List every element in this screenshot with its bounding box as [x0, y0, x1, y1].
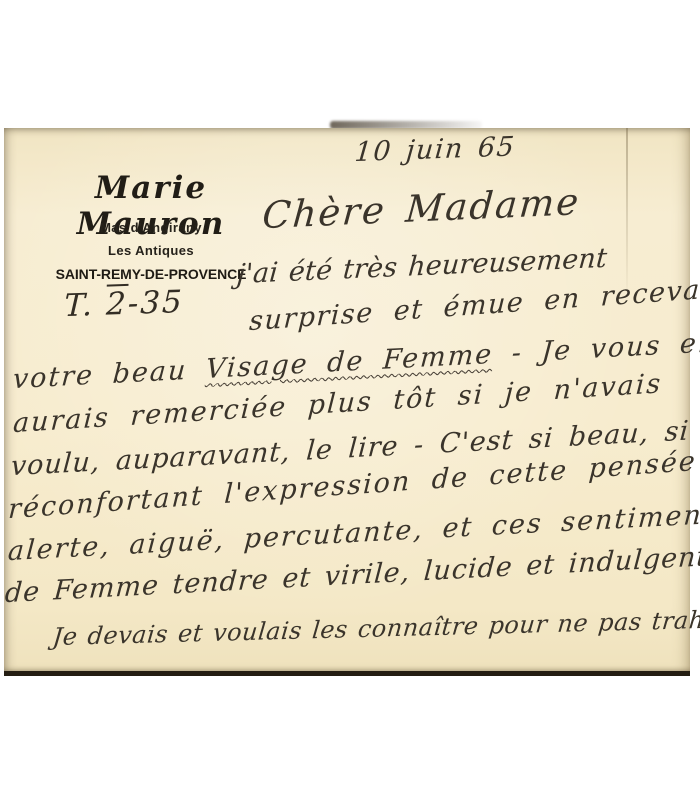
visage-underlined-title: Visage de Femme [205, 339, 495, 385]
letter-card: Marie Mauron Mas d'Angirany Les Antiques… [4, 128, 690, 676]
letterhead-phone: T. 2-35 [33, 283, 214, 325]
letter-salutation: Chère Madame [261, 182, 582, 237]
visage-post: - Je vous en [492, 327, 700, 370]
letterhead-address-line1: Mas d'Angirany [46, 220, 256, 235]
phone-suffix: -35 [127, 284, 184, 322]
letter-date: 10 juin 65 [353, 132, 516, 167]
phone-overlined-digit: 2 [105, 286, 128, 323]
scan-background: Marie Mauron Mas d'Angirany Les Antiques… [0, 0, 700, 800]
card-fold-line [626, 128, 628, 303]
letterhead-city: SAINT-REMY-DE-PROVENCE [46, 266, 256, 282]
visage-pre: votre beau [12, 354, 207, 395]
letter-line-intro: j'ai été très heureusement [236, 244, 609, 290]
letter-line: Je devais et voulais les connaître pour … [51, 606, 700, 650]
phone-prefix: T. [64, 287, 107, 325]
letterhead-address-line2: Les Antiques [46, 243, 256, 258]
